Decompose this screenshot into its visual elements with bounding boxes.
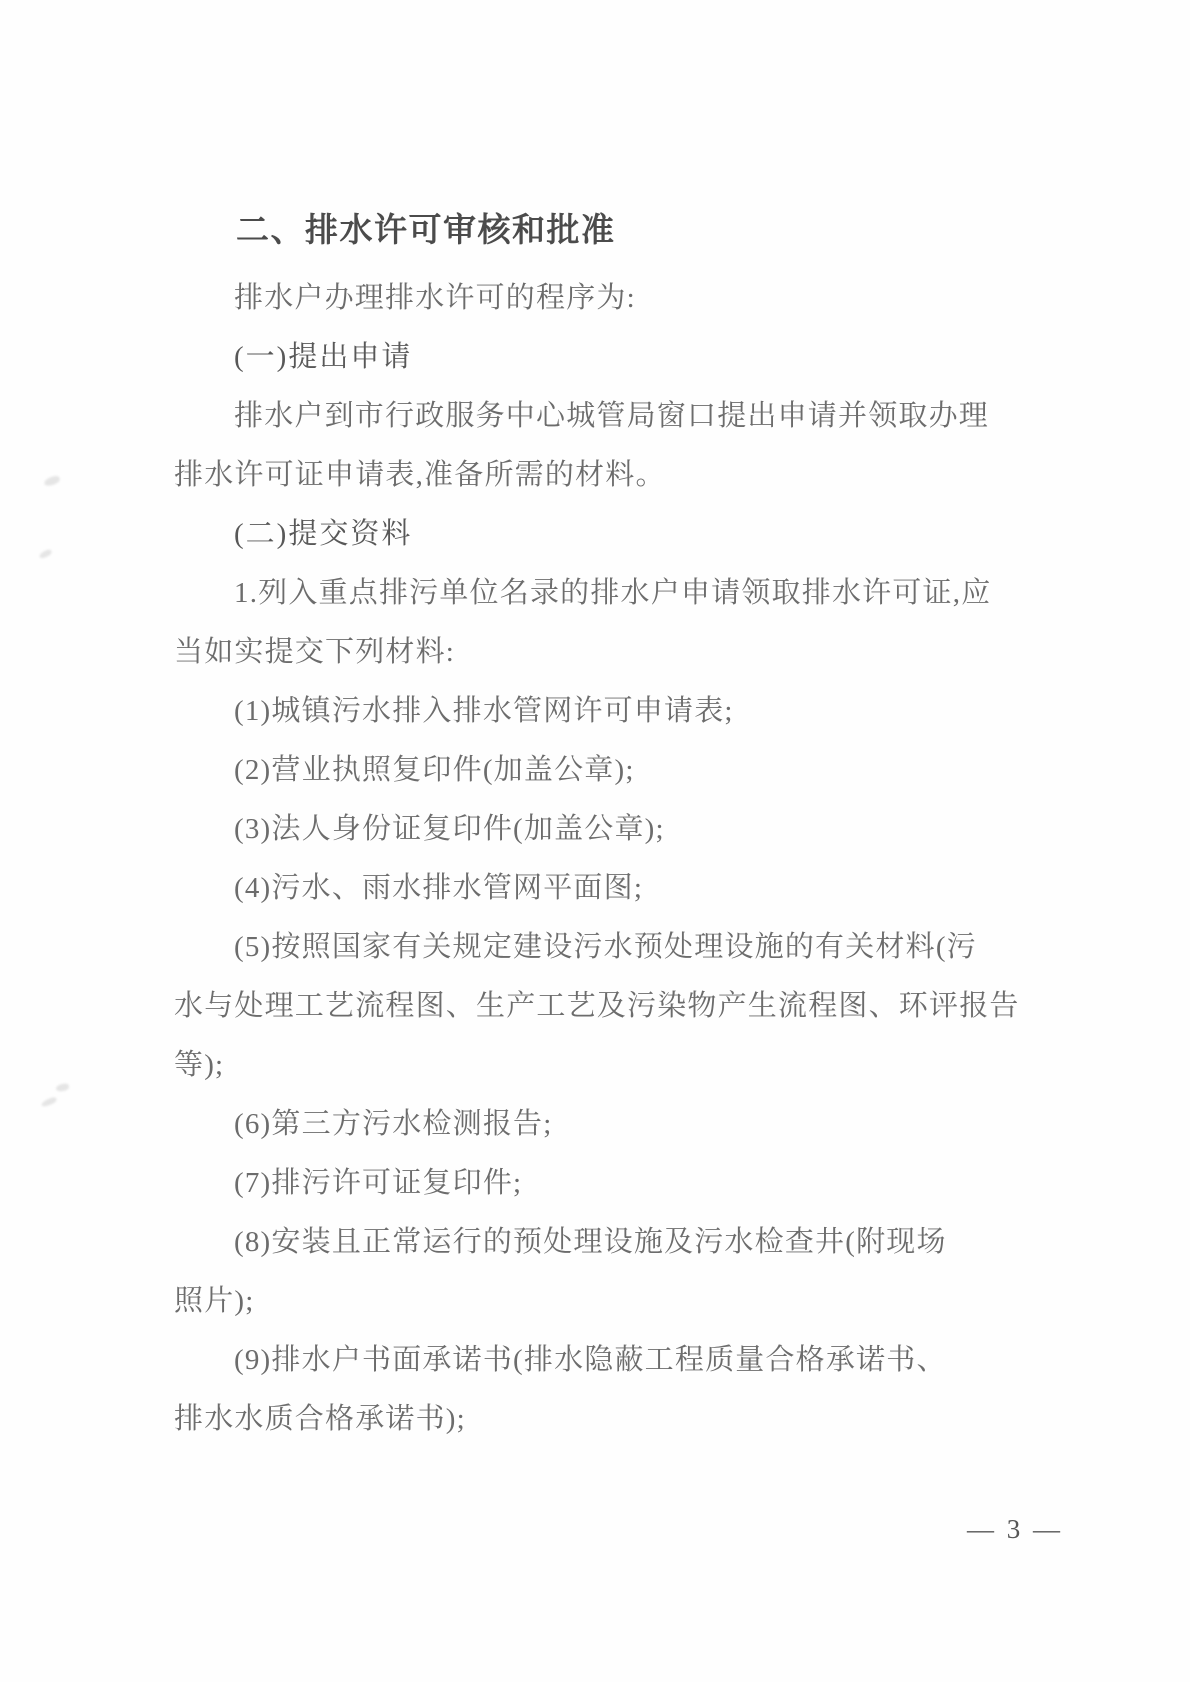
list-item: (8)安装且正常运行的预处理设施及污水检查井(附现场 xyxy=(174,1222,1004,1262)
list-item: (4)污水、雨水排水管网平面图; xyxy=(174,868,1004,908)
scan-smudge xyxy=(38,549,52,560)
text-line: 等); xyxy=(174,1045,1004,1085)
page-number: — 3 — xyxy=(955,1514,1075,1545)
scan-smudge xyxy=(55,1083,69,1092)
text-line: 排水户办理排水许可的程序为: xyxy=(174,278,1004,318)
list-item: (2)营业执照复印件(加盖公章); xyxy=(174,750,1004,790)
text-line: 1.列入重点排污单位名录的排水户申请领取排水许可证,应 xyxy=(174,573,1004,613)
section-heading: 二、排水许可审核和批准 xyxy=(236,210,616,250)
list-item: (6)第三方污水检测报告; xyxy=(174,1104,1004,1144)
text-line: 照片); xyxy=(174,1281,1004,1321)
text-line: 水与处理工艺流程图、生产工艺及污染物产生流程图、环评报告 xyxy=(174,986,1004,1026)
list-item: (3)法人身份证复印件(加盖公章); xyxy=(174,809,1004,849)
list-item: (7)排污许可证复印件; xyxy=(174,1163,1004,1203)
list-item: (5)按照国家有关规定建设污水预处理设施的有关材料(污 xyxy=(174,927,1004,967)
subsection-heading: (一)提出申请 xyxy=(174,337,1004,377)
text-line: 当如实提交下列材料: xyxy=(174,632,1004,672)
document-page: 二、排水许可审核和批准 排水户办理排水许可的程序为: (一)提出申请 排水户到市… xyxy=(0,0,1190,1682)
text-line: 排水户到市行政服务中心城管局窗口提出申请并领取办理 xyxy=(174,396,1004,436)
text-line: 排水许可证申请表,准备所需的材料。 xyxy=(174,455,1004,495)
subsection-heading: (二)提交资料 xyxy=(174,514,1004,554)
list-item: (1)城镇污水排入排水管网许可申请表; xyxy=(174,691,1004,731)
scan-smudge xyxy=(43,475,61,488)
scan-smudge xyxy=(40,1096,57,1108)
text-line: 排水水质合格承诺书); xyxy=(174,1399,1004,1439)
list-item: (9)排水户书面承诺书(排水隐蔽工程质量合格承诺书、 xyxy=(174,1340,1004,1380)
